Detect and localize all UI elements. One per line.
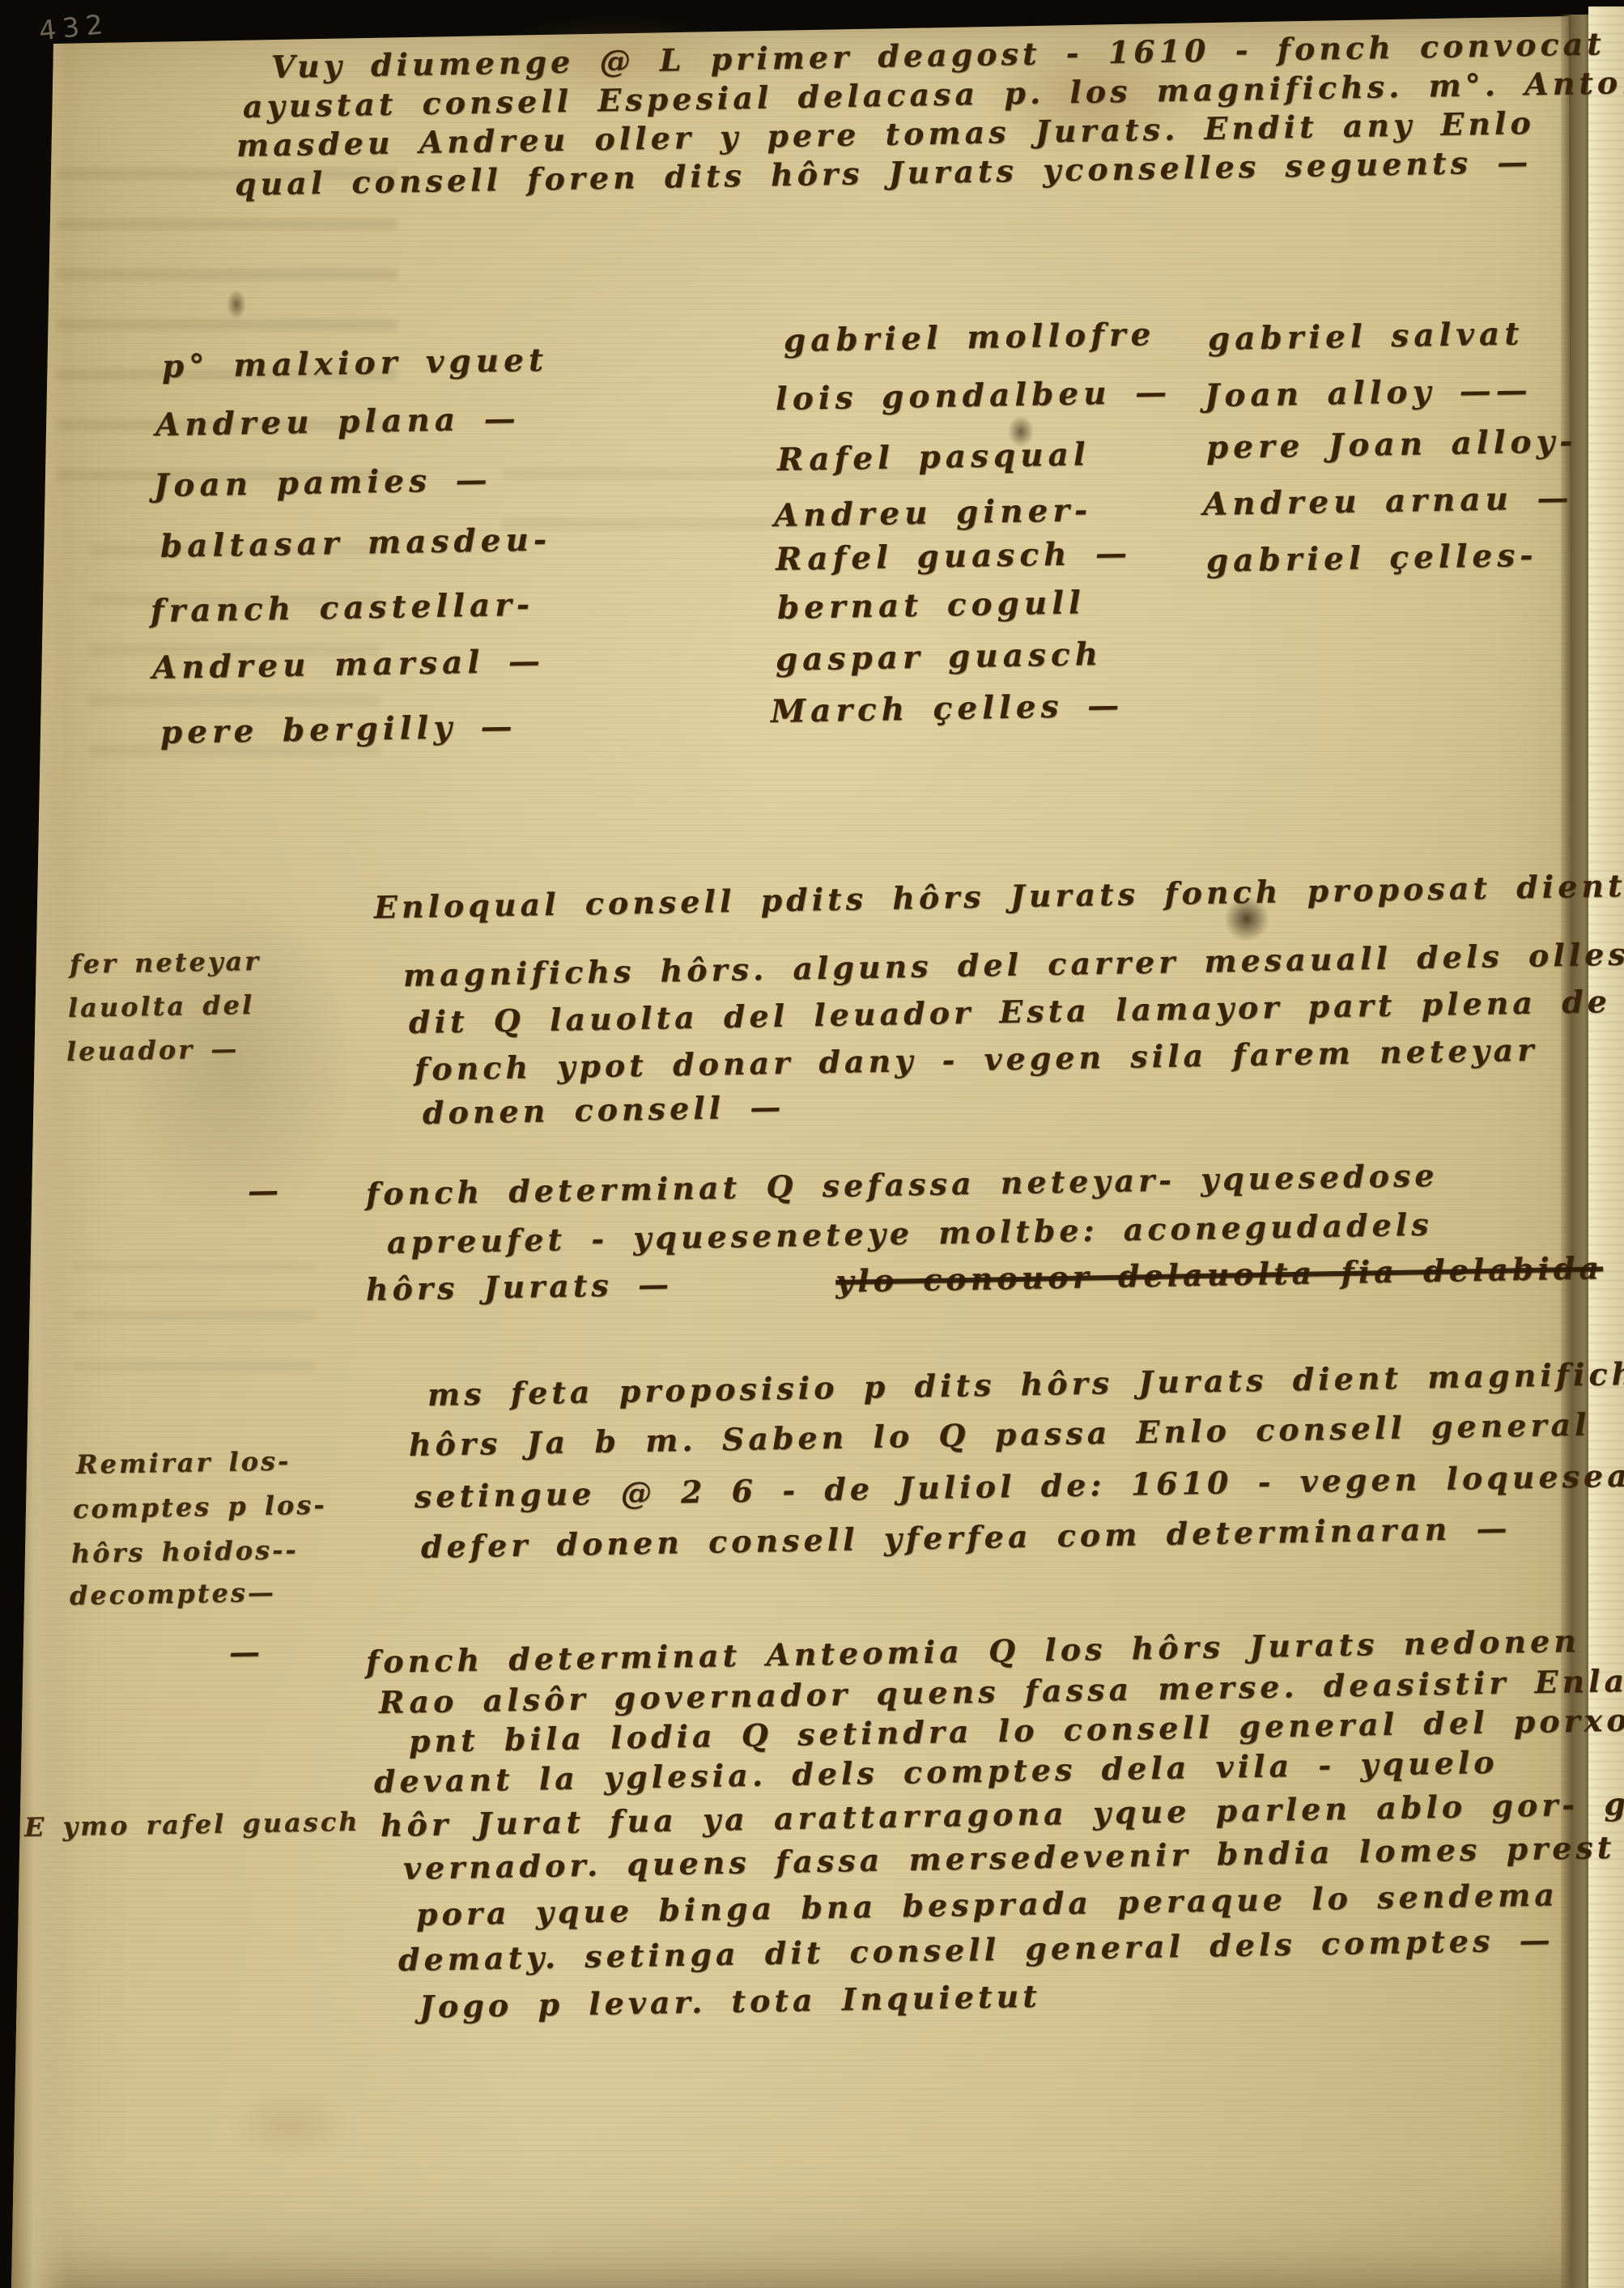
body-line: donen consell — <box>423 1088 785 1131</box>
councillor-name: Andreu arnau — <box>1203 479 1574 523</box>
councillor-name: gabriel mollofre <box>784 316 1156 359</box>
councillor-name: bernat cogull <box>777 584 1086 627</box>
councillor-name: gabriel çelles- <box>1206 537 1538 580</box>
councillor-name: pere bergilly — <box>160 708 517 751</box>
councillor-name: Joan alloy —— <box>1205 372 1533 415</box>
margin-note-line: E ymo rafel guasch <box>24 1806 360 1843</box>
councillor-name: baltasar masdeu- <box>160 521 552 565</box>
margin-note-line: Remirar los- <box>76 1445 291 1480</box>
fore-edge-shadow <box>1561 15 1592 2288</box>
margin-note-line: comptes p los- <box>73 1490 327 1525</box>
next-folio-edge <box>1588 6 1624 2288</box>
margin-note-line: hôrs hoidos-- <box>71 1534 299 1569</box>
margin-note-line: decomptes— <box>70 1577 277 1611</box>
page-left-edge <box>11 44 68 2288</box>
councillor-name: Andreu marsal — <box>152 643 546 687</box>
page-number: 432 <box>37 8 111 47</box>
councillor-name: Joan pamies — <box>154 461 492 504</box>
margin-note-line: lauolta del <box>68 989 255 1023</box>
margin-note-line: leuador — <box>66 1033 240 1067</box>
councillor-name: pere Joan alloy- <box>1206 423 1578 466</box>
margin-note-line: fer neteyar <box>70 946 261 980</box>
councillor-name: March çelles — <box>771 687 1124 730</box>
councillor-name: franch castellar- <box>151 586 535 630</box>
councillor-name: lois gondalbeu — <box>776 373 1172 418</box>
councillor-name: gabriel salvat <box>1208 315 1524 358</box>
councillor-name: p° malxior vguet <box>162 342 549 385</box>
determination-dash: — <box>248 1172 283 1209</box>
councillor-name: Rafel guasch — <box>776 534 1133 578</box>
councillor-name: Andreu plana — <box>155 400 521 444</box>
determination-dash: — <box>229 1633 265 1670</box>
body-line-text: hôrs Jurats — <box>366 1265 699 1308</box>
councillor-name: gaspar guasch <box>776 636 1103 678</box>
manuscript-photo: { "page": { "number": "432", "ink_color"… <box>0 0 1624 2288</box>
councillor-name: Andreu giner- <box>774 491 1093 534</box>
councillor-name: Rafel pasqual <box>777 436 1091 478</box>
